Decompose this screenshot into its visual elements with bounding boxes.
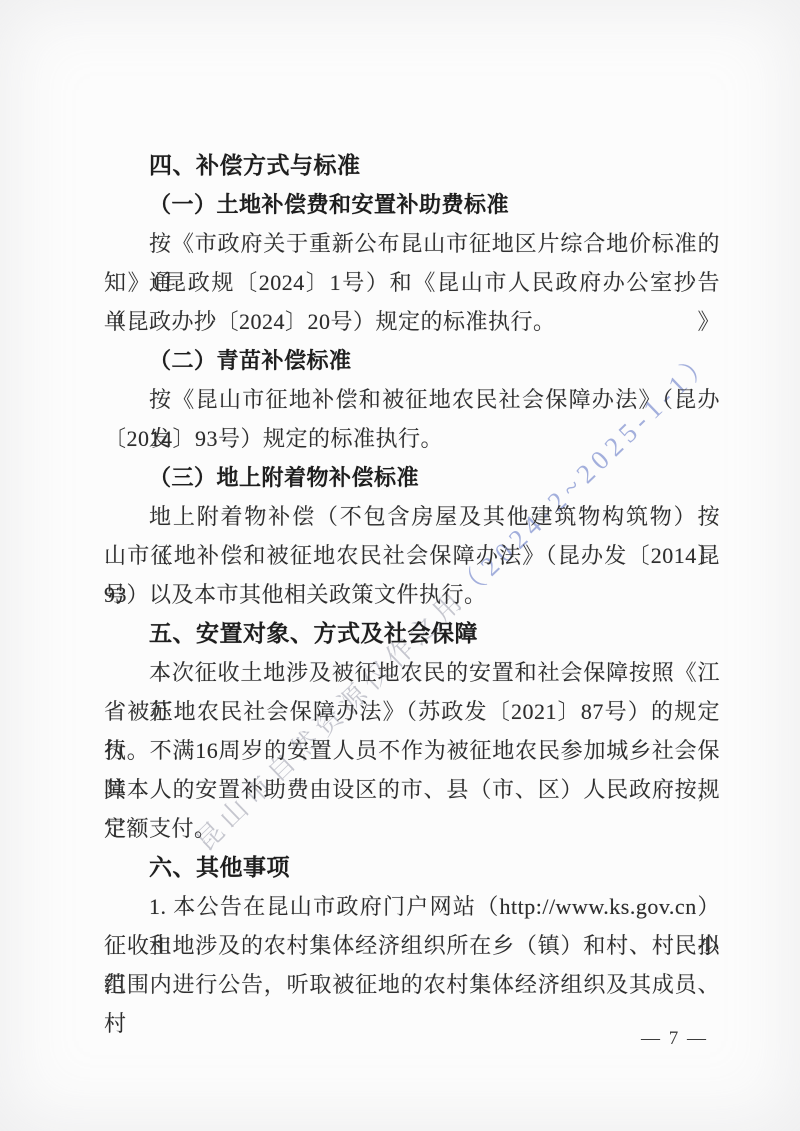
paragraph-line: 省被征地农民社会保障办法》（苏政发〔2021〕87号）的规定执 xyxy=(104,692,720,731)
paragraph-line: 行。不满16周岁的安置人员不作为被征地农民参加城乡社会保障， xyxy=(104,731,720,770)
section-4-3-heading: （三）地上附着物补偿标准 xyxy=(104,458,720,497)
paragraph-line: 本次征收土地涉及被征地农民的安置和社会保障按照《江苏 xyxy=(104,653,720,692)
section-4-1-heading: （一）土地补偿费和安置补助费标准 xyxy=(104,185,720,224)
section-4-2-heading: （二）青苗补偿标准 xyxy=(104,341,720,380)
paragraph-line: 范围内进行公告，听取被征地的农村集体经济组织及其成员、村 xyxy=(104,965,720,1004)
document-content: 四、补偿方式与标准 （一）土地补偿费和安置补助费标准 按《市政府关于重新公布昆山… xyxy=(104,146,720,1004)
paragraph-line: 征收土地涉及的农村集体经济组织所在乡（镇）和村、村民小组 xyxy=(104,926,720,965)
paragraph-line: 〔2014〕93号）规定的标准执行。 xyxy=(104,419,720,458)
paragraph-line: 按《昆山市征地补偿和被征地农民社会保障办法》（昆办发 xyxy=(104,380,720,419)
section-4-heading: 四、补偿方式与标准 xyxy=(104,146,720,185)
section-6-heading: 六、其他事项 xyxy=(104,848,720,887)
paragraph-line: 号）以及本市其他相关政策文件执行。 xyxy=(104,575,720,614)
document-page: 昆山市自然资源仅作之用（2024-2~2025-1-1） 四、补偿方式与标准 （… xyxy=(0,0,800,1131)
paragraph-line: 地上附着物补偿（不包含房屋及其他建筑物构筑物）按《昆 xyxy=(104,497,720,536)
paragraph-line: 1. 本公告在昆山市政府门户网站（http://www.ks.gov.cn）和拟 xyxy=(104,887,720,926)
page-number: — 7 — xyxy=(0,1028,708,1050)
paragraph-line: 足额支付。 xyxy=(104,809,720,848)
paragraph-line: 山市征地补偿和被征地农民社会保障办法》（昆办发〔2014〕93 xyxy=(104,536,720,575)
section-5-heading: 五、安置对象、方式及社会保障 xyxy=(104,614,720,653)
paragraph-line: 其本人的安置补助费由设区的市、县（市、区）人民政府按规定 xyxy=(104,770,720,809)
paragraph-line: 知》（昆政规〔2024〕1号）和《昆山市人民政府办公室抄告单》 xyxy=(104,263,720,302)
paragraph-line: 按《市政府关于重新公布昆山市征地区片综合地价标准的通 xyxy=(104,224,720,263)
